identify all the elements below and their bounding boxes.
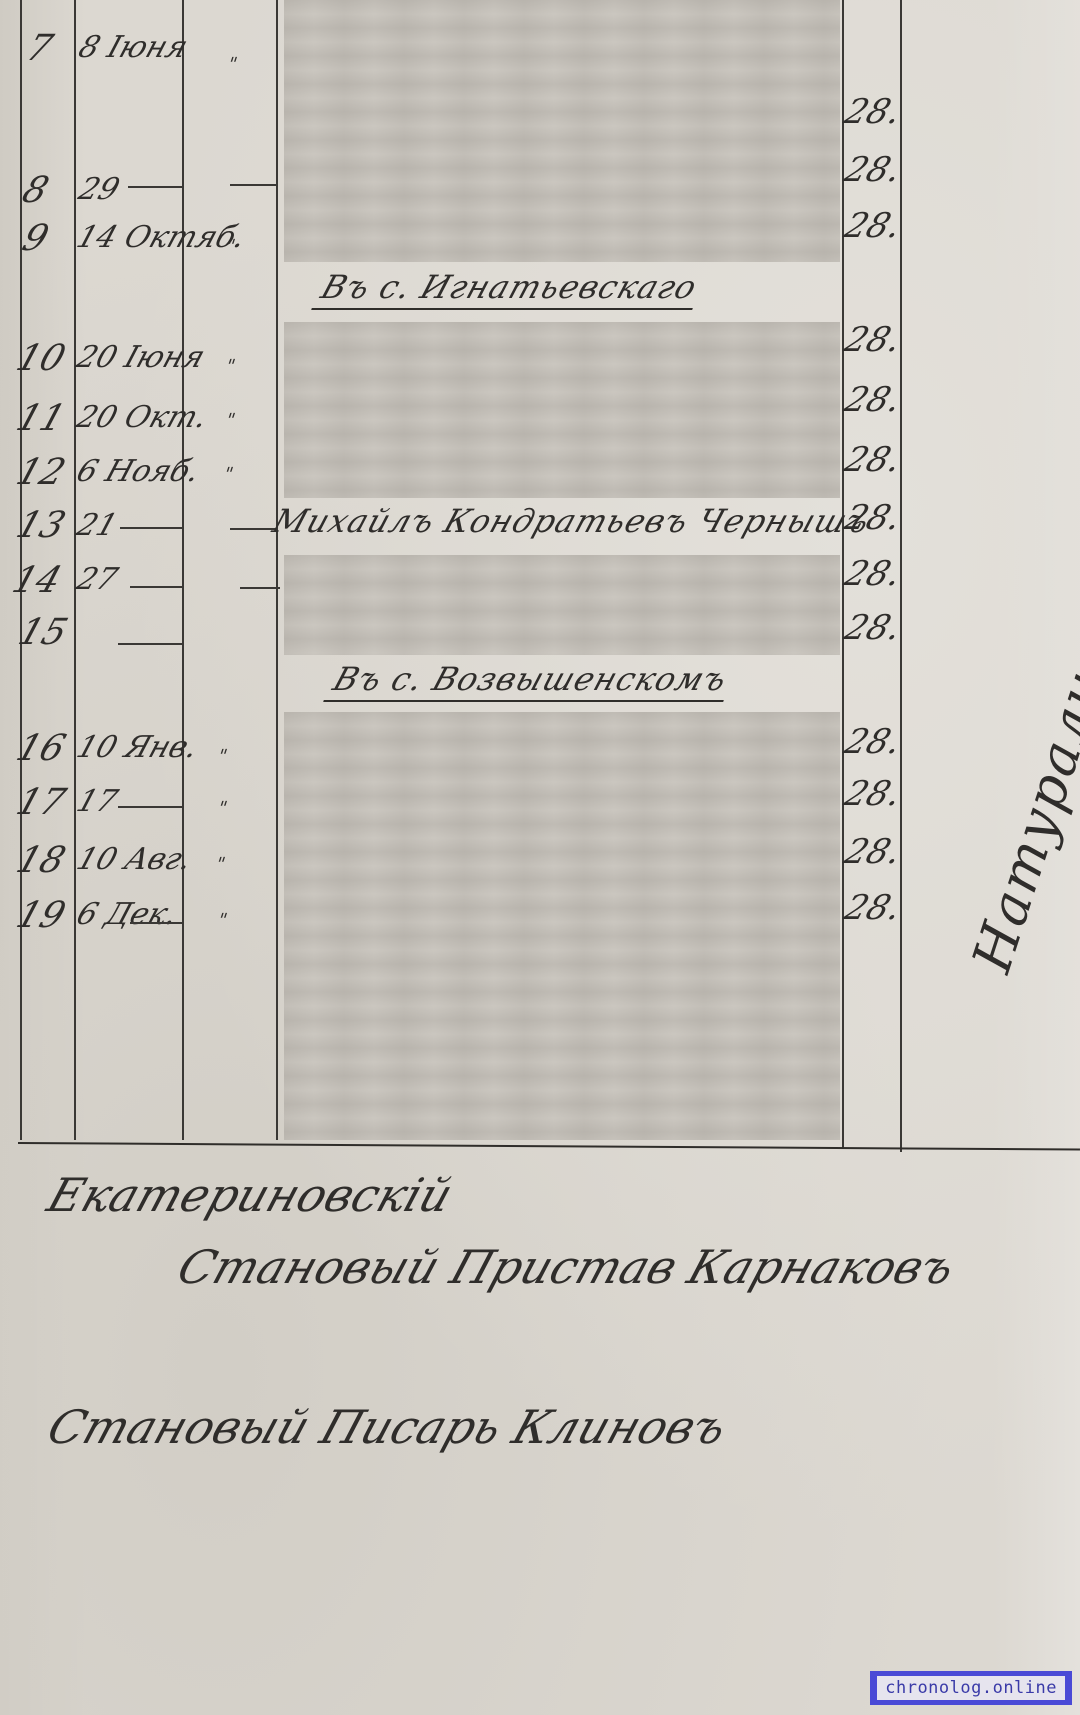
watermark-badge: chronolog.online (870, 1671, 1072, 1705)
section-header: Въ с. Возвышенскомъ (323, 660, 736, 702)
row-date: 6 Нояб. (72, 454, 204, 489)
ditto-mark: " (223, 356, 238, 377)
row-amount: 28. (840, 320, 907, 360)
ditto-dash (118, 643, 184, 645)
row-date: 27 (72, 562, 122, 597)
row-date: 20 Іюня (72, 340, 209, 375)
ditto-mark: " (215, 910, 230, 931)
row-amount: 28. (840, 440, 907, 480)
row-number: 14 (7, 560, 66, 601)
ruling-line-number-column (74, 0, 76, 1140)
row-amount: 28. (840, 722, 907, 762)
ditto-mark: " (221, 464, 236, 485)
ditto-dash (128, 186, 184, 188)
row-date: 20 Окт. (72, 400, 212, 435)
ditto-mark: " (223, 410, 238, 431)
section-header: Михайлъ Кондратьевъ Чернышъ (264, 502, 880, 542)
section-header: Въ с. Игнатьевскаго (311, 268, 706, 310)
row-amount: 28. (840, 92, 907, 132)
row-number: 7 (21, 28, 57, 69)
row-number: 9 (17, 218, 53, 259)
row-amount: 28. (840, 380, 907, 420)
row-date: 8 Іюня (74, 30, 192, 65)
ditto-mark: " (225, 54, 240, 75)
ditto-dash (130, 922, 184, 924)
row-amount: 28. (840, 150, 907, 190)
row-amount: 28. (840, 206, 907, 246)
row-date: 10 Янв. (72, 730, 202, 765)
table-bottom-rule (18, 1142, 1080, 1150)
row-date: 6 Дек. (72, 897, 182, 932)
signature-1: Екатериновскій (41, 1168, 459, 1222)
ditto-mark: " (215, 746, 230, 767)
ditto-dash (240, 587, 280, 589)
row-number: 8 (17, 170, 53, 211)
row-date: 17 (72, 784, 122, 819)
row-number: 15 (13, 612, 72, 653)
ditto-dash (120, 527, 184, 529)
row-date: 29 (74, 172, 124, 207)
ruling-line-date-column (182, 0, 184, 1140)
ruling-line-ditto-column (276, 0, 278, 1140)
ditto-dash (130, 586, 184, 588)
ruling-line-right-column (900, 0, 902, 1152)
ruling-line-amount-column (842, 0, 844, 1148)
ditto-mark: " (215, 798, 230, 819)
row-date: 10 Авг. (72, 842, 196, 877)
row-amount: 28. (840, 608, 907, 648)
redacted-names-block (284, 712, 840, 1140)
redacted-names-block (284, 322, 840, 498)
redacted-names-block (284, 555, 840, 655)
signature-3: Становый Писарь Клиновъ (41, 1400, 733, 1454)
watermark-text: chronolog.online (877, 1676, 1065, 1700)
ditto-dash (118, 806, 184, 808)
row-date: 21 (72, 508, 122, 543)
row-amount: 28. (840, 888, 907, 928)
row-amount: 28. (840, 554, 907, 594)
row-amount: 28. (840, 774, 907, 814)
row-date: 14 Октяб. (72, 220, 250, 255)
ditto-dash (230, 184, 278, 186)
signature-2: Становый Пристав Карнаковъ (171, 1240, 961, 1294)
ditto-mark: " (213, 854, 228, 875)
margin-note: Натурализованъ (960, 463, 1080, 980)
redacted-names-block (284, 0, 840, 262)
row-amount: 28. (840, 832, 907, 872)
